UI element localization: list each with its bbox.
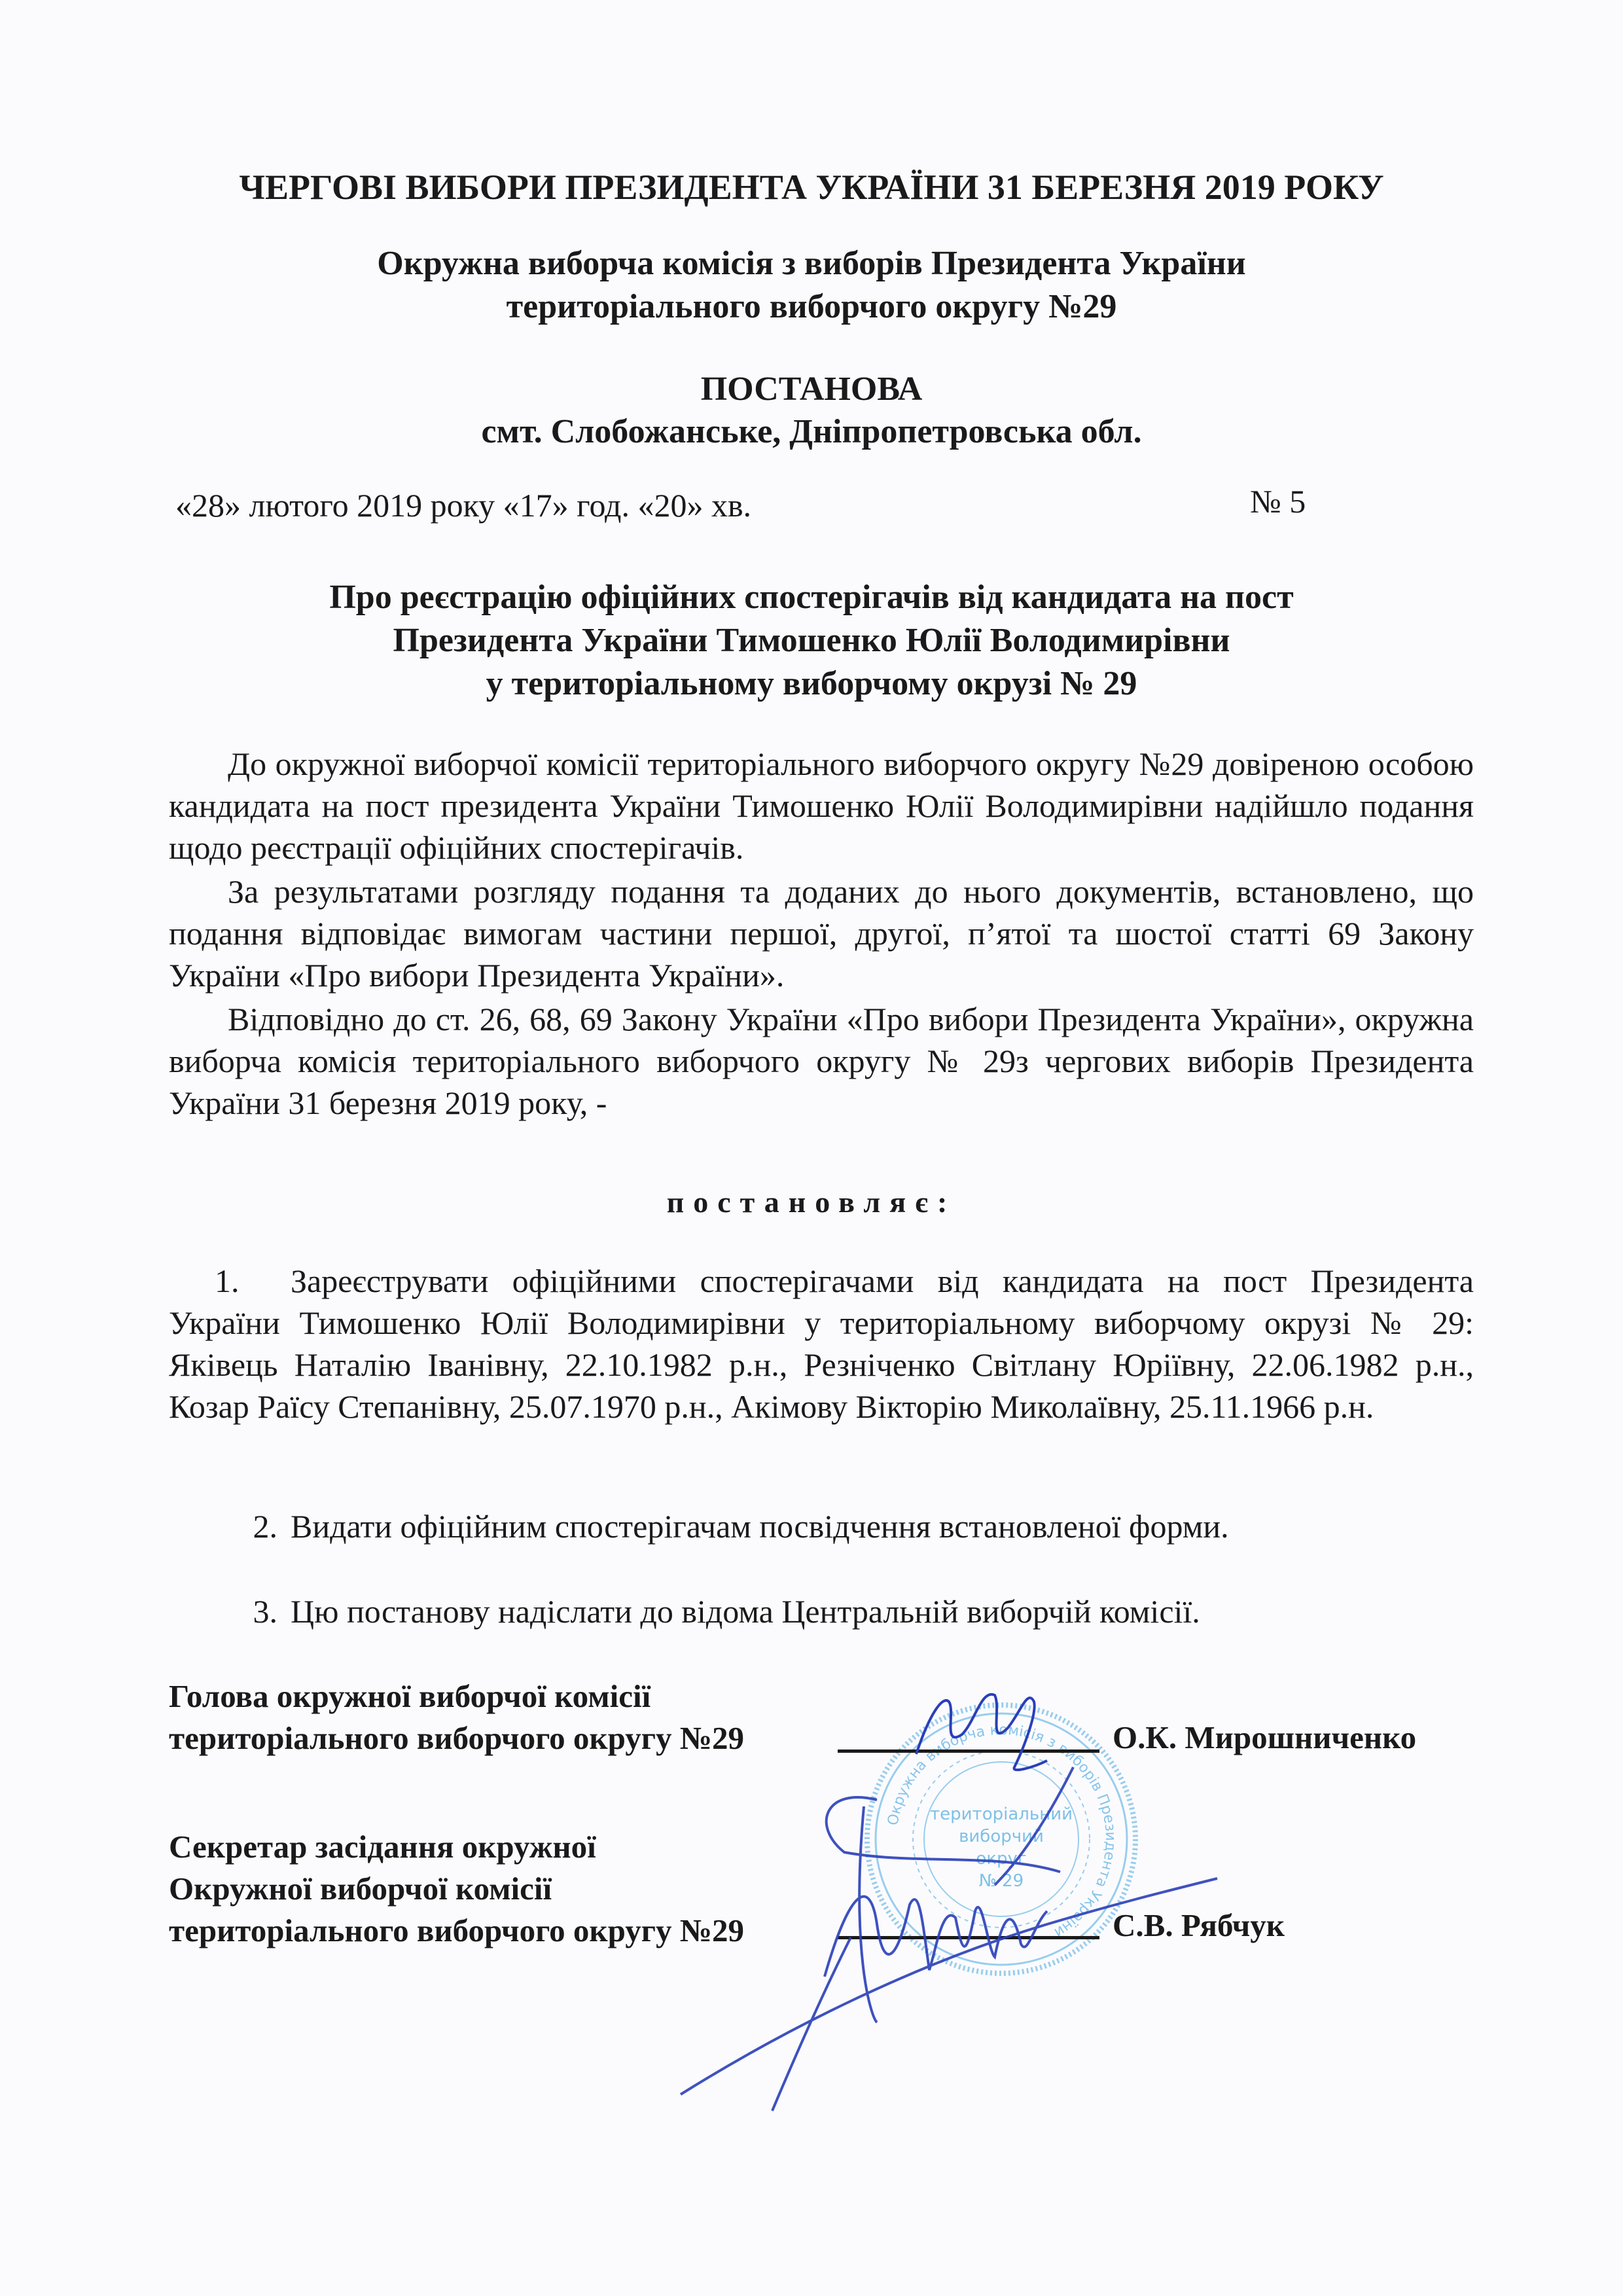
resolution-item-2: 2.Видати офіційним спостерігачам посвідч…: [169, 1505, 1474, 1547]
item-text: Цю постанову надіслати до відома Централ…: [291, 1593, 1200, 1630]
commission-name: Окружна виборча комісія з виборів Презид…: [0, 242, 1623, 329]
item-number: 2.: [215, 1505, 291, 1547]
svg-text:№ 29: № 29: [979, 1871, 1024, 1891]
svg-text:округ: округ: [976, 1849, 1026, 1869]
item-number: 1.: [215, 1260, 291, 1302]
item-text: Видати офіційним спостерігачам посвідчен…: [291, 1508, 1229, 1545]
secretary-title-line-3: територіального виборчого округу №29: [169, 1910, 744, 1952]
secretary-title: Секретар засідання окружної Окружної виб…: [169, 1826, 744, 1952]
secretary-title-line-2: Окружної виборчої комісії: [169, 1868, 744, 1910]
svg-text:Окружна виборча комісія з вибо: Окружна виборча комісія з виборів Презид…: [885, 1722, 1118, 1941]
official-stamp-icon: Окружна виборча комісія з виборів Презид…: [864, 1702, 1139, 1977]
chair-title-line-1: Голова окружної виборчої комісії: [169, 1676, 744, 1717]
item-number: 3.: [215, 1590, 291, 1632]
document-location: смт. Слобожанське, Дніпропетровська обл.: [0, 412, 1623, 451]
subject-line-3: у територіальному виборчому окрузі № 29: [0, 662, 1623, 706]
subject-line-1: Про реєстрацію офіційних спостерігачів в…: [0, 576, 1623, 619]
secretary-name: С.В. Рябчук: [1113, 1905, 1285, 1946]
paragraph-submission: До окружної виборчої комісії територіаль…: [169, 743, 1474, 869]
election-header: ЧЕРГОВІ ВИБОРИ ПРЕЗИДЕНТА УКРАЇНИ 31 БЕР…: [0, 167, 1623, 207]
paragraph-legal-basis: Відповідно до ст. 26, 68, 69 Закону Укра…: [169, 998, 1474, 1124]
secretary-title-line-1: Секретар засідання окружної: [169, 1826, 744, 1868]
document-page: ЧЕРГОВІ ВИБОРИ ПРЕЗИДЕНТА УКРАЇНИ 31 БЕР…: [0, 0, 1623, 2296]
resolution-item-1: 1.Зареєструвати офіційними спостерігачам…: [169, 1260, 1474, 1427]
document-number: № 5: [1250, 482, 1306, 520]
svg-text:територіальний: територіальний: [930, 1804, 1073, 1824]
paragraph-review: За результатами розгляду подання та дода…: [169, 870, 1474, 996]
commission-line-2: територіального виборчого округу №29: [0, 285, 1623, 329]
svg-text:виборчий: виборчий: [959, 1827, 1044, 1846]
resolution-item-3: 3.Цю постанову надіслати до відома Центр…: [169, 1590, 1474, 1632]
secretary-signature-line: [838, 1936, 1099, 1939]
chair-name: О.К. Мирошниченко: [1113, 1717, 1416, 1759]
commission-line-1: Окружна виборча комісія з виборів Презид…: [0, 242, 1623, 285]
document-dateline: «28» лютого 2019 року «17» год. «20» хв.: [175, 486, 751, 524]
chair-title-line-2: територіального виборчого округу №29: [169, 1717, 744, 1759]
document-type: ПОСТАНОВА: [0, 370, 1623, 408]
document-subject: Про реєстрацію офіційних спостерігачів в…: [0, 576, 1623, 706]
chair-signature-icon: [903, 1676, 1060, 1780]
item-text: Зареєструвати офіційними спостерігачами …: [169, 1263, 1474, 1425]
resolves-heading: постановляє:: [0, 1185, 1623, 1219]
subject-line-2: Президента України Тимошенко Юлії Володи…: [0, 619, 1623, 662]
chair-title: Голова окружної виборчої комісії територ…: [169, 1676, 744, 1759]
chair-signature-line: [838, 1749, 1099, 1753]
